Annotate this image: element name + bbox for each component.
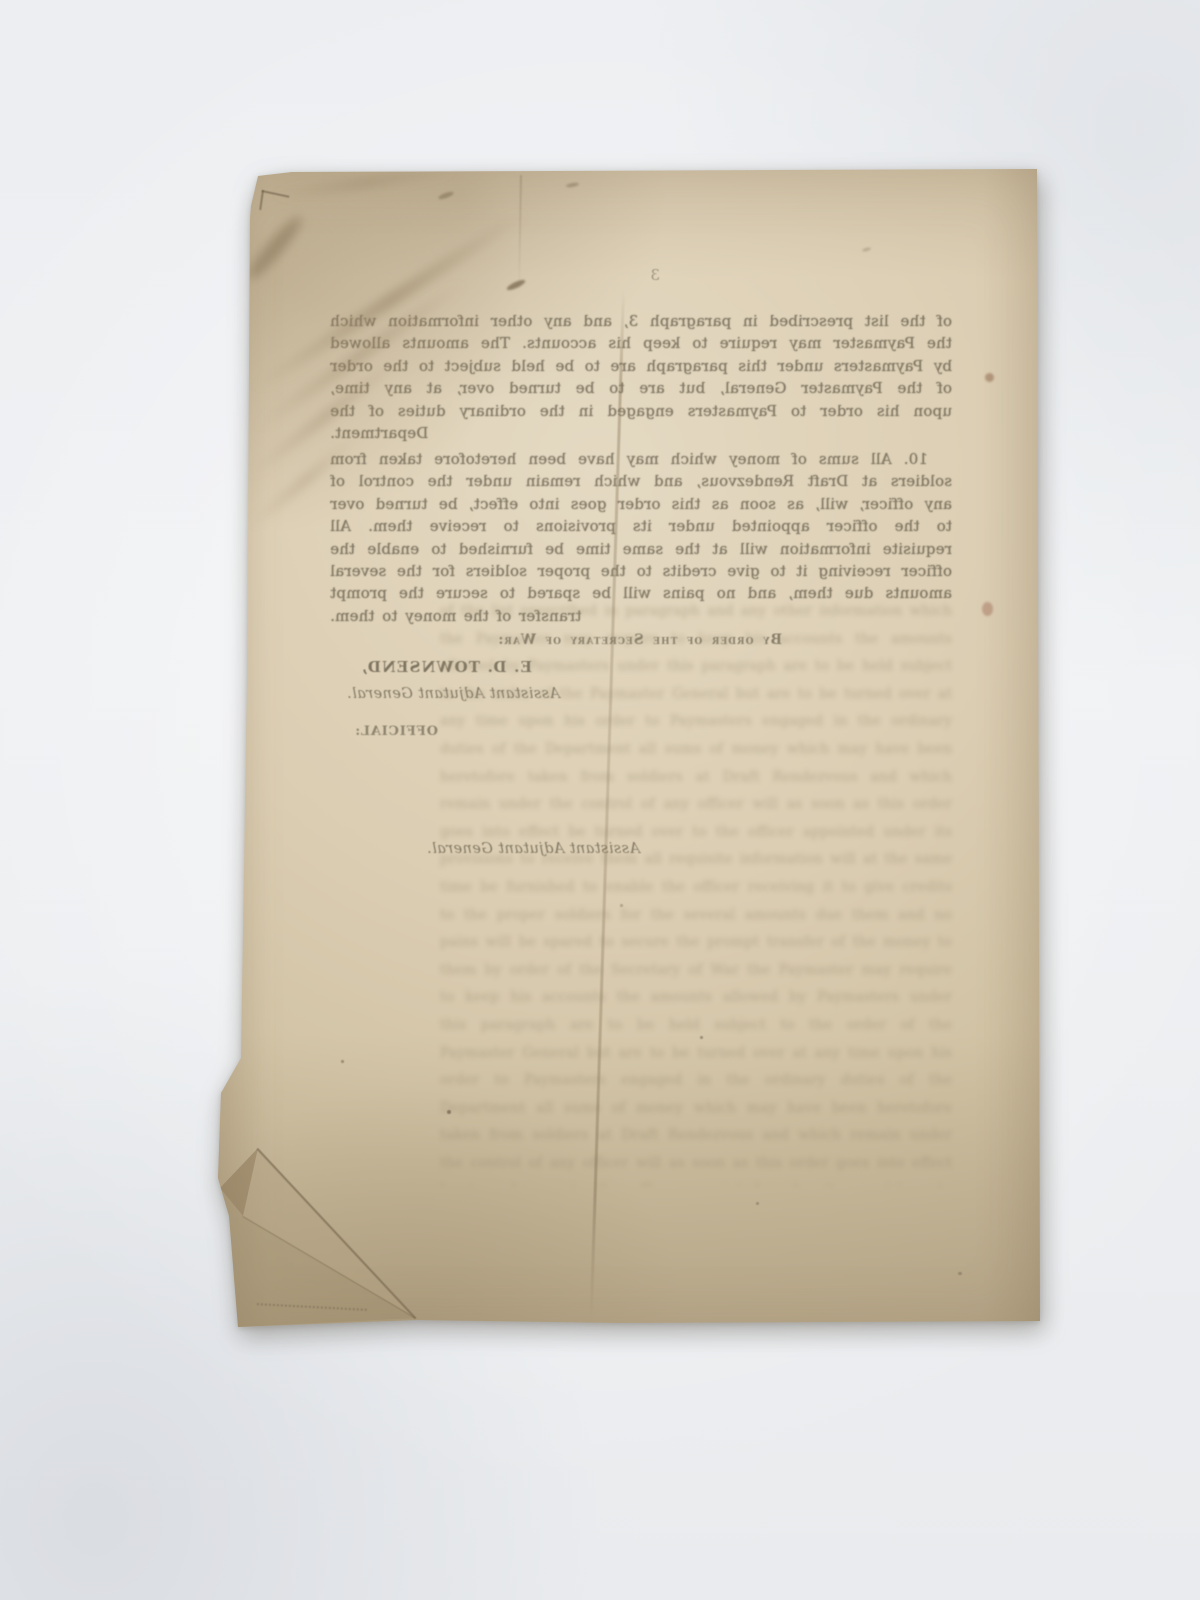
- speck: [958, 1272, 962, 1275]
- speck: [700, 1036, 703, 1039]
- stain-spot: [982, 602, 993, 616]
- photo-of-document: { "page_number": "3", "bleed": { "para1"…: [0, 0, 1200, 1600]
- speck: [620, 904, 623, 907]
- stain-spot: [985, 373, 994, 382]
- speck: [447, 1110, 451, 1114]
- paragraph-line: 10. All sums of money which may have bee…: [330, 448, 952, 470]
- paragraph-line: of the Paymaster General, but are to be …: [330, 377, 952, 399]
- paragraph-line: soldiers at Draft Rendezvous, and which …: [330, 470, 952, 492]
- paragraph-line: by Paymasters under this paragraph are t…: [330, 355, 952, 377]
- official-label: OFFICIAL:: [354, 724, 438, 739]
- paragraph-line: upon his order to Paymasters engaged in …: [330, 400, 952, 422]
- ghost-text-layer: of the list prescribed in paragraph and …: [440, 598, 952, 1186]
- speck: [756, 1202, 759, 1205]
- paragraph-line: officer receiving it to give credits to …: [330, 560, 952, 582]
- paper-sheet: 3 of the list prescribed in paragraph 3,…: [210, 160, 1050, 1340]
- speck: [341, 1060, 344, 1063]
- page-number: 3: [650, 266, 660, 284]
- paragraph-line: Department.: [330, 422, 952, 444]
- bleed-paragraph-1: of the list prescribed in paragraph 3, a…: [330, 310, 952, 444]
- paragraph-line: any officer, will, as soon as this order…: [330, 493, 952, 515]
- paragraph-line: the Paymaster may require to keep his ac…: [330, 332, 952, 354]
- paragraph-line: to the officer appointed under its provi…: [330, 515, 952, 537]
- paragraph-line: requisite information will at the same t…: [330, 538, 952, 560]
